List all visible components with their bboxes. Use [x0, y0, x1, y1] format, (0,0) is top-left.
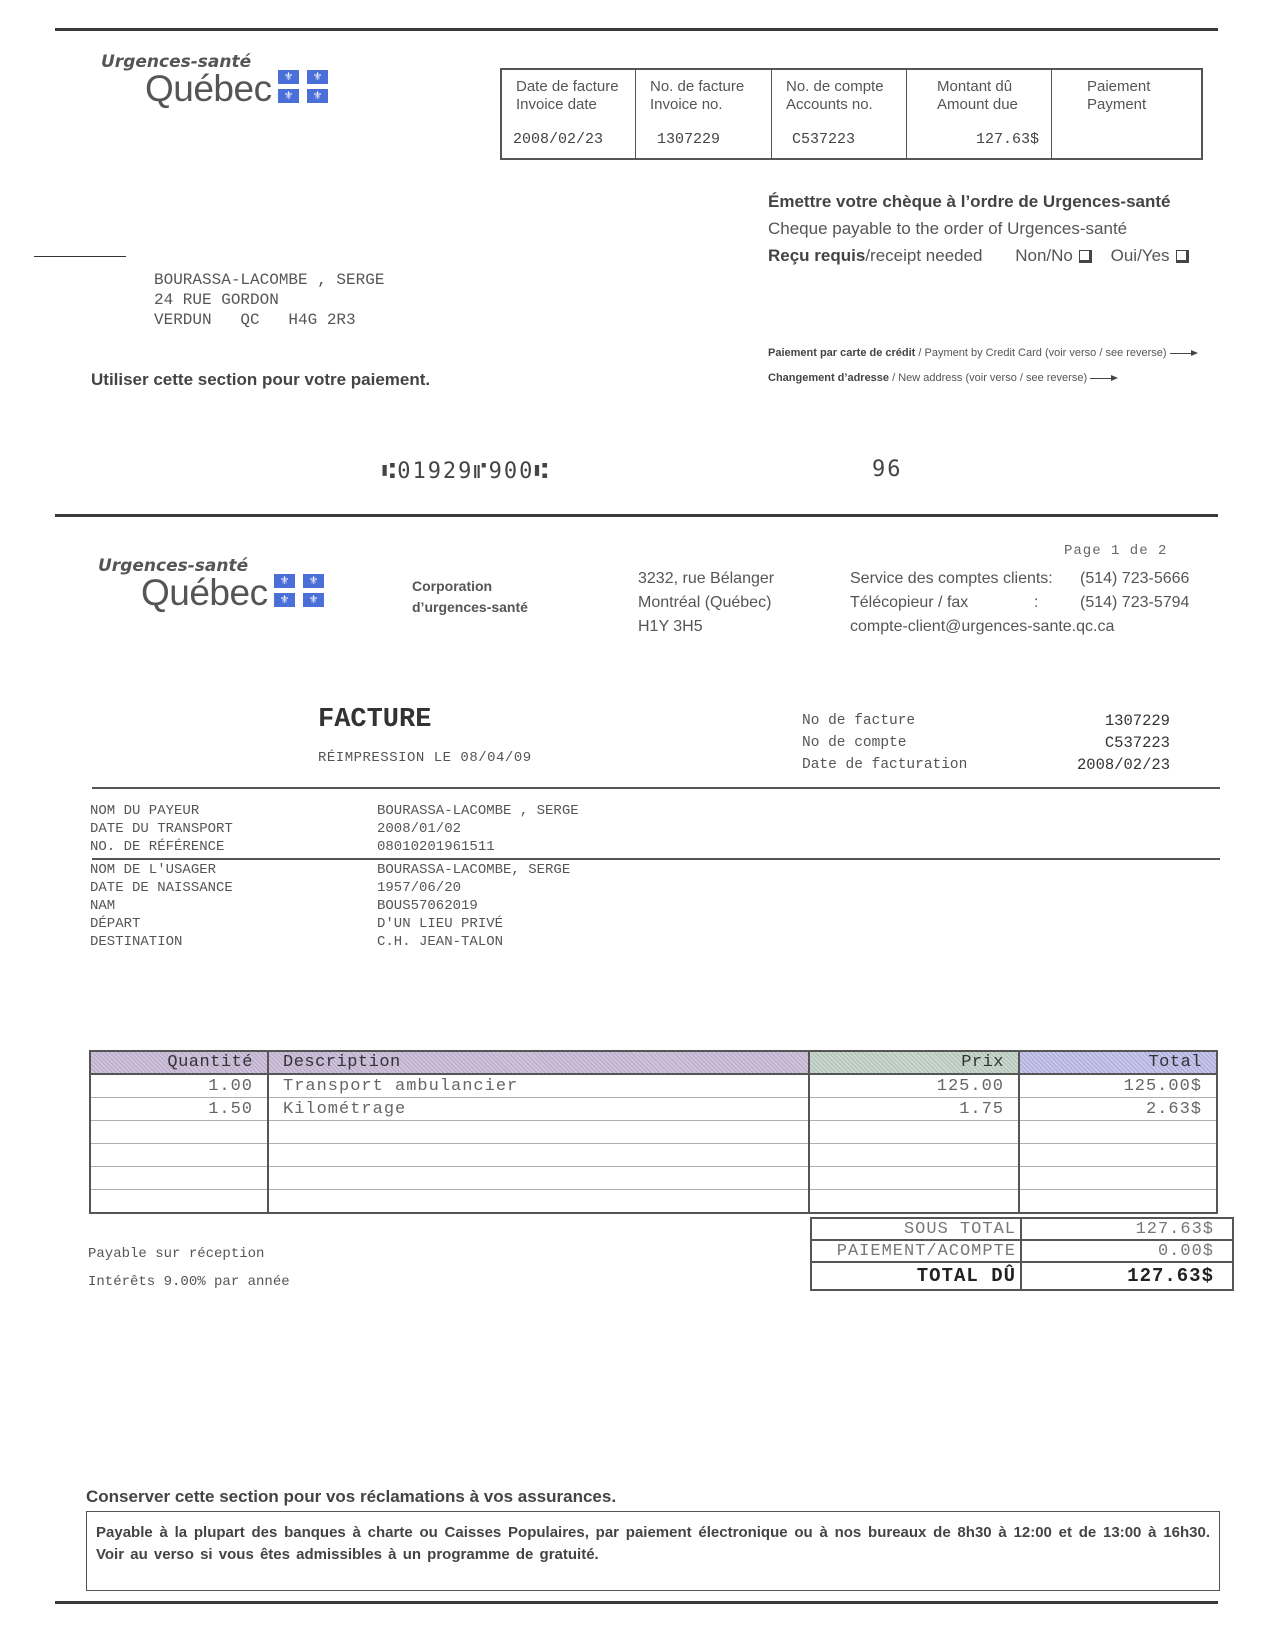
col-quantity: Quantité [90, 1051, 268, 1074]
meta-billing-date: 2008/02/23 [1077, 754, 1170, 776]
invoice-meta: No de facture1307229 No de compteC537223… [802, 710, 1170, 776]
cell-price: 1.75 [809, 1098, 1019, 1121]
info-row: NO. DE RÉFÉRENCE08010201961511 [90, 838, 579, 856]
info-row: DATE DE NAISSANCE1957/06/20 [90, 879, 570, 897]
total-due-row: TOTAL DÛ127.63$ [811, 1262, 1233, 1290]
arrow-right-icon [1090, 378, 1116, 379]
payment-notice-box: Payable à la plupart des banques à chart… [86, 1511, 1220, 1591]
payment-summary-table: Date de factureInvoice date 2008/02/23 N… [500, 68, 1203, 160]
cell-description: Kilométrage [268, 1098, 809, 1121]
table-row: 1.00Transport ambulancier125.00125.00$ [90, 1074, 1217, 1098]
cell-price [809, 1144, 1019, 1167]
arrow-right-icon [1170, 353, 1196, 354]
cell-description: Transport ambulancier [268, 1074, 809, 1098]
quebec-flag-icon: ⚜ ⚜ ⚜ ⚜ [278, 70, 328, 104]
stub-col-account-no: No. de compteAccounts no. C537223 [772, 70, 907, 158]
cell-quantity: 1.00 [90, 1074, 268, 1098]
user-info: NOM DE L'USAGERBOURASSA-LACOMBE, SERGE D… [90, 861, 570, 951]
cell-quantity [90, 1167, 268, 1190]
info-row: DESTINATIONC.H. JEAN-TALON [90, 933, 570, 951]
micr-code: 96 [872, 457, 903, 482]
info-row: NOM DU PAYEURBOURASSA-LACOMBE , SERGE [90, 802, 579, 820]
account-no-value: C537223 [792, 131, 855, 148]
logo-quebec: Québec [145, 68, 272, 110]
stub-col-amount-due: Montant dûAmount due 127.63$ [907, 70, 1052, 158]
line-items-table: Quantité Description Prix Total 1.00Tran… [89, 1050, 1218, 1214]
bottom-rule [55, 1601, 1218, 1604]
info-rule [92, 858, 1220, 860]
stub-col-invoice-date: Date de factureInvoice date 2008/02/23 [502, 70, 636, 158]
info-row: NAMBOUS57062019 [90, 897, 570, 915]
keep-section-note: Conserver cette section pour vos réclama… [86, 1487, 616, 1507]
quebec-flag-icon: ⚜ ⚜ ⚜ ⚜ [274, 574, 324, 608]
cell-description [268, 1144, 809, 1167]
cell-total [1019, 1190, 1217, 1214]
col-total: Total [1019, 1051, 1217, 1074]
cell-price [809, 1167, 1019, 1190]
cell-total [1019, 1144, 1217, 1167]
cell-total [1019, 1121, 1217, 1144]
fax-phone: (514) 723-5794 [1080, 591, 1189, 615]
address-mark [34, 256, 126, 257]
page-indicator: Page 1 de 2 [1064, 543, 1167, 559]
cell-description [268, 1190, 809, 1214]
cheque-instructions: Émettre votre chèque à l’ordre de Urgenc… [768, 188, 1189, 269]
cell-quantity [90, 1121, 268, 1144]
contact-email[interactable]: compte-client@urgences-sante.qc.ca [850, 615, 1114, 639]
invoice-title: FACTURE [318, 705, 431, 735]
credit-card-note: Paiement par carte de crédit / Payment b… [768, 347, 1196, 359]
micr-line: ⑆01929⑈900⑆ [382, 459, 550, 484]
cell-price: 125.00 [809, 1074, 1019, 1098]
recipient-address: BOURASSA-LACOMBE , SERGE24 RUE GORDONVER… [154, 270, 384, 330]
receipt-no-checkbox[interactable] [1079, 250, 1092, 263]
cell-total [1019, 1167, 1217, 1190]
top-rule [55, 28, 1218, 31]
service-phone: (514) 723-5666 [1080, 567, 1189, 591]
payment-terms: Payable sur réception Intérêts 9.00% par… [88, 1240, 290, 1296]
cell-total: 2.63$ [1019, 1098, 1217, 1121]
payment-row: PAIEMENT/ACOMPTE0.00$ [811, 1240, 1233, 1262]
table-row: 1.50Kilométrage1.752.63$ [90, 1098, 1217, 1121]
cell-quantity: 1.50 [90, 1098, 268, 1121]
cell-total: 125.00$ [1019, 1074, 1217, 1098]
company-address: 3232, rue Bélanger Montréal (Québec) H1Y… [638, 567, 774, 639]
invoice-date-value: 2008/02/23 [513, 131, 603, 148]
logo-quebec: Québec [141, 572, 268, 614]
subtotal-row: SOUS TOTAL127.63$ [811, 1218, 1233, 1240]
corporation-name: Corporation d’urgences-santé [412, 576, 528, 618]
cell-quantity [90, 1144, 268, 1167]
table-row [90, 1121, 1217, 1144]
cell-quantity [90, 1190, 268, 1214]
info-row: DÉPARTD'UN LIEU PRIVÉ [90, 915, 570, 933]
col-description: Description [268, 1051, 809, 1074]
table-row [90, 1144, 1217, 1167]
contact-info: Service des comptes clients:(514) 723-56… [850, 567, 1189, 639]
address-change-note: Changement d’adresse / New address (voir… [768, 372, 1116, 384]
col-price: Prix [809, 1051, 1019, 1074]
cell-price [809, 1121, 1019, 1144]
table-row [90, 1190, 1217, 1214]
perforation-rule [55, 514, 1218, 517]
info-row: NOM DE L'USAGERBOURASSA-LACOMBE, SERGE [90, 861, 570, 879]
receipt-yes-checkbox[interactable] [1176, 250, 1189, 263]
table-row [90, 1167, 1217, 1190]
meta-invoice-no: 1307229 [1105, 710, 1170, 732]
cell-description [268, 1167, 809, 1190]
cell-price [809, 1190, 1019, 1214]
totals-table: SOUS TOTAL127.63$ PAIEMENT/ACOMPTE0.00$ … [810, 1217, 1234, 1291]
stub-col-payment[interactable]: PaiementPayment [1052, 70, 1201, 158]
payer-info: NOM DU PAYEURBOURASSA-LACOMBE , SERGE DA… [90, 802, 579, 856]
use-section-note: Utiliser cette section pour votre paieme… [91, 370, 430, 390]
stub-col-invoice-no: No. de factureInvoice no. 1307229 [636, 70, 772, 158]
header-rule [92, 787, 1220, 789]
reprint-note: RÉIMPRESSION LE 08/04/09 [318, 750, 532, 766]
cell-description [268, 1121, 809, 1144]
invoice-no-value: 1307229 [657, 131, 720, 148]
meta-account-no: C537223 [1105, 732, 1170, 754]
amount-due-value: 127.63$ [976, 131, 1039, 148]
info-row: DATE DU TRANSPORT2008/01/02 [90, 820, 579, 838]
